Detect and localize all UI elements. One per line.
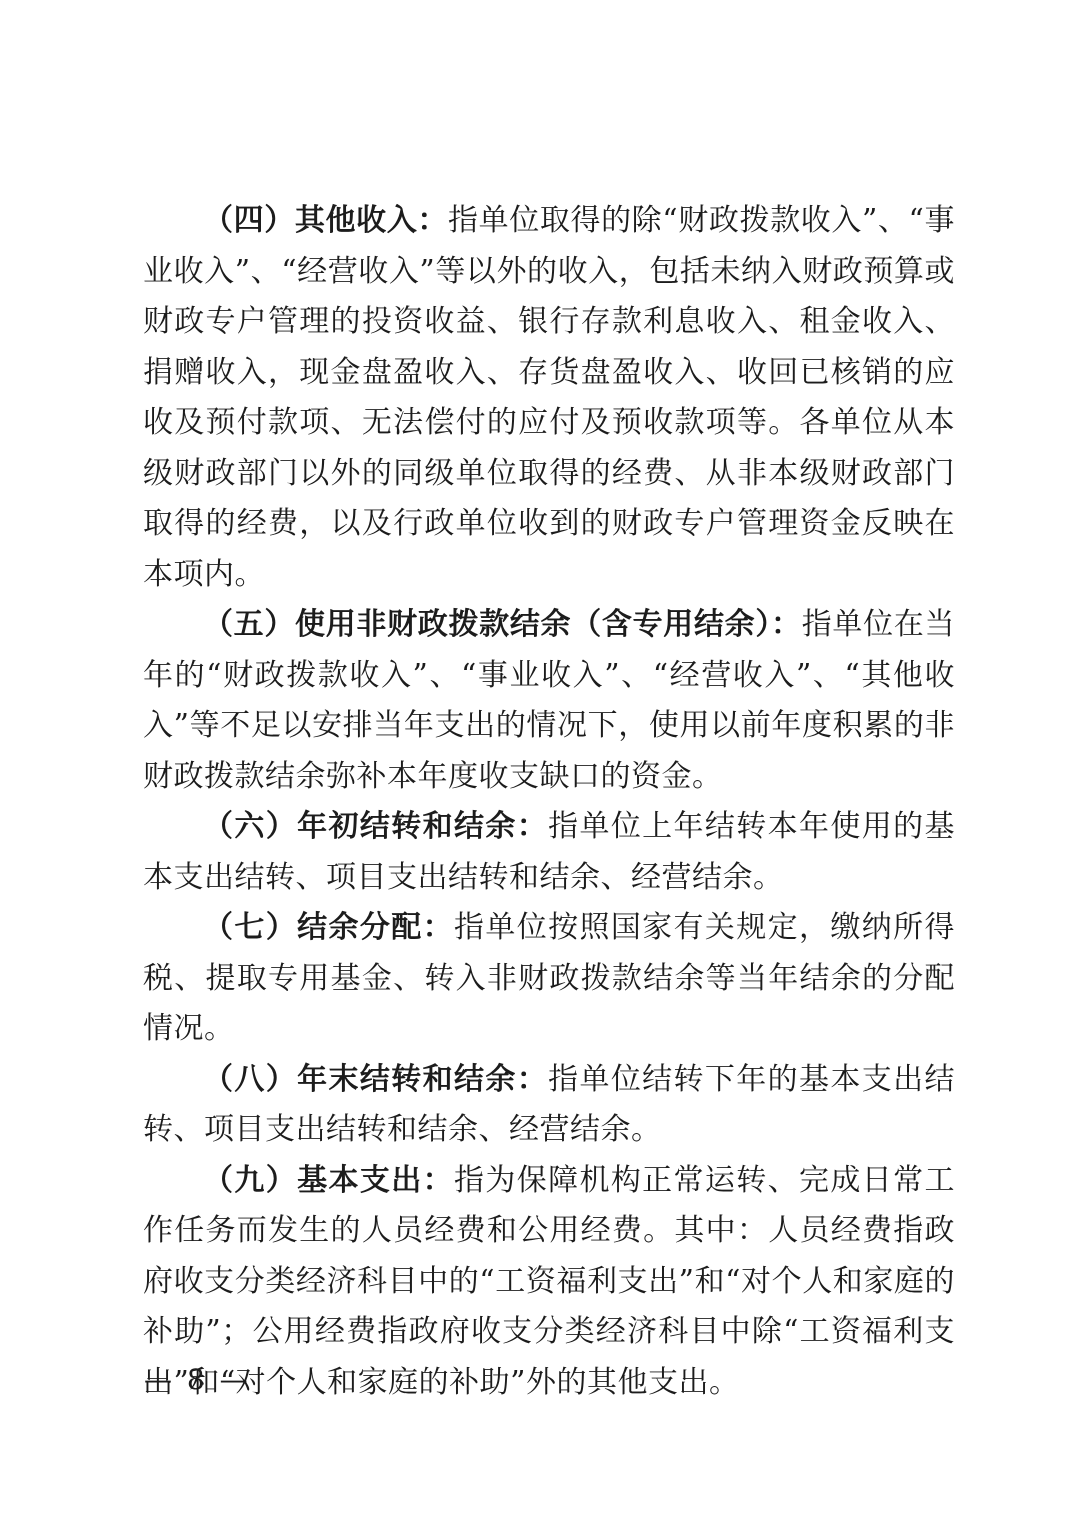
- section-text: 指单位取得的除“财政拨款收入”、“事业收入”、“经营收入”等以外的收入，包括未纳…: [143, 203, 955, 592]
- paragraph-year-end-carryover: （八）年末结转和结余：指单位结转下年的基本支出结转、项目支出结转和结余、经营结余…: [143, 1055, 955, 1156]
- paragraph-use-of-non-fiscal-surplus: （五）使用非财政拨款结余（含专用结余）：指单位在当年的“财政拨款收入”、“事业收…: [143, 600, 955, 802]
- text-content: （四）其他收入：指单位取得的除“财政拨款收入”、“事业收入”、“经营收入”等以外…: [143, 196, 955, 1408]
- paragraph-surplus-distribution: （七）结余分配：指单位按照国家有关规定，缴纳所得税、提取专用基金、转入非财政拨款…: [143, 903, 955, 1055]
- section-label: （六）年初结转和结余：: [203, 809, 548, 844]
- page-number: — 8 —: [144, 1363, 251, 1397]
- paragraph-basic-expenditure: （九）基本支出：指为保障机构正常运转、完成日常工作任务而发生的人员经费和公用经费…: [143, 1156, 955, 1409]
- paragraph-beginning-year-carryover: （六）年初结转和结余：指单位上年结转本年使用的基本支出结转、项目支出结转和结余、…: [143, 802, 955, 903]
- section-label: （七）结余分配：: [203, 910, 454, 945]
- document-page: （四）其他收入：指单位取得的除“财政拨款收入”、“事业收入”、“经营收入”等以外…: [0, 0, 1075, 1520]
- paragraph-other-income: （四）其他收入：指单位取得的除“财政拨款收入”、“事业收入”、“经营收入”等以外…: [143, 196, 955, 600]
- section-label: （八）年末结转和结余：: [203, 1062, 548, 1097]
- section-text: 指为保障机构正常运转、完成日常工作任务而发生的人员经费和公用经费。其中：人员经费…: [143, 1163, 955, 1400]
- section-label: （五）使用非财政拨款结余（含专用结余）：: [203, 607, 802, 642]
- section-label: （九）基本支出：: [203, 1163, 454, 1198]
- section-label: （四）其他收入：: [203, 203, 448, 238]
